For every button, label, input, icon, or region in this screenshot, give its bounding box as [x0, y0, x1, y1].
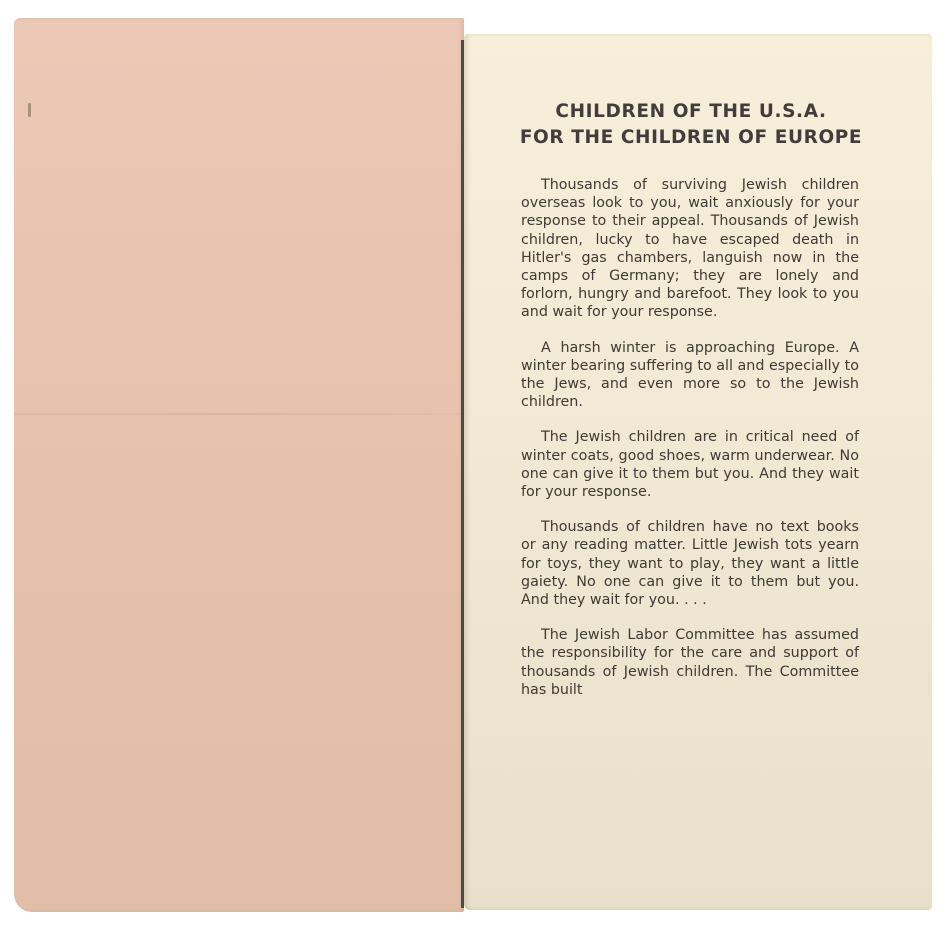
paragraph-2: A harsh winter is approaching Europe. A … — [521, 339, 859, 412]
staple-mark — [28, 103, 31, 117]
body-text: Thousands of surviving Jewish children o… — [521, 176, 859, 716]
title-line-1: CHILDREN OF THE U.S.A. — [506, 99, 876, 125]
left-page-blank-cover — [14, 18, 464, 912]
paragraph-1: Thousands of surviving Jewish children o… — [521, 176, 859, 322]
title-line-2: FOR THE CHILDREN OF EUROPE — [506, 125, 876, 151]
right-page: CHILDREN OF THE U.S.A. FOR THE CHILDREN … — [464, 34, 932, 910]
page-title: CHILDREN OF THE U.S.A. FOR THE CHILDREN … — [506, 99, 876, 151]
page-crease — [14, 413, 464, 415]
paragraph-4: Thousands of children have no text books… — [521, 518, 859, 609]
paragraph-5: The Jewish Labor Committee has assumed t… — [521, 626, 859, 699]
paragraph-3: The Jewish children are in critical need… — [521, 428, 859, 501]
